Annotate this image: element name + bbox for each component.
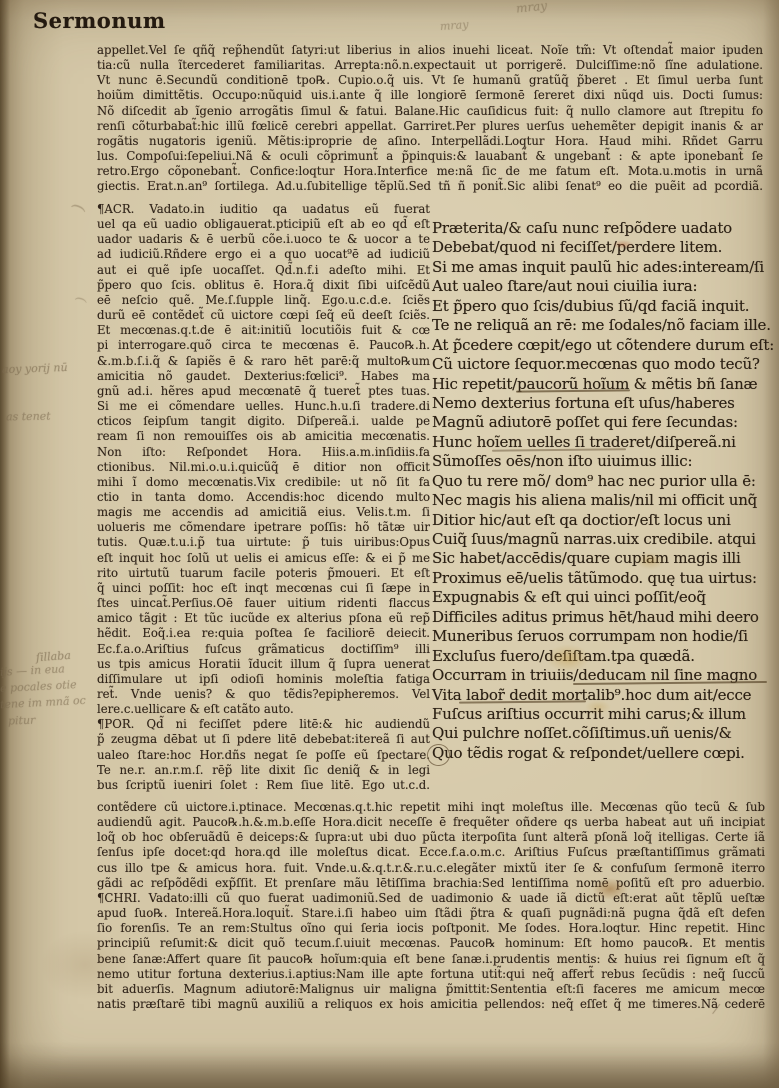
verse-line: Hunc hoĩem uelles ſi traderet/diſpereã.n… [432, 433, 767, 452]
verse-line: Nec magis his aliena malis/nil mi offici… [432, 491, 767, 510]
commentary-line: amicitia nõ gaudet. Dexterius:fœlici⁹. H… [97, 369, 430, 384]
verse-line: Quo tẽdis rogat & reſpondet/uellere cœpi… [432, 744, 767, 763]
commentary-line: renſi cõturbabat̃:hic illũ fœlicē cerebr… [97, 119, 763, 134]
commentary-line: rogãtis nugatoris igeniũ. Mẽtis:iproprie… [97, 134, 763, 149]
commentary-line: q̃ uinci poſſit: hoc eſt inqt mecœnas cu… [97, 581, 430, 596]
verse-line: Sũmoſſes oēs/non iſto uiuimus illic: [432, 452, 767, 471]
handwriting: as tenet [6, 410, 51, 424]
commentary-line: uolueris me cõmendare ipetrare poſſis: h… [97, 520, 430, 535]
commentary-line: ualeo ſtare:hoc Hor.dñs negat ſe poſſe e… [97, 748, 430, 763]
commentary-line: amico tãgit : Et tũc iucũde ex alterius … [97, 611, 430, 626]
running-title: Sermonum [33, 8, 166, 33]
commentary-line: retro.Ergo cõponebant̃. Confice:loqtur H… [97, 164, 763, 179]
verse-line: Sic habet/accēdis/quare cupiam magis ill… [432, 549, 767, 568]
verse-line: Fuſcus ariſtius occurrit mihi carus;& il… [432, 705, 767, 724]
commentary-line: ¶POR. Qd̃ ni feciſſet pdere litē:& hic a… [97, 717, 430, 732]
verse-line: Vita labor̃ dedit mortalib⁹.hoc dum ait/… [432, 686, 767, 705]
commentary-line: magis me accendis ad amicitiã eius. Veli… [97, 505, 430, 520]
verse-line: Muneribus ſeruos corrumpam non hodie/ſi [432, 627, 767, 646]
verse-line: Te ne reliquã an rē: me ſodales/nõ facia… [432, 316, 767, 335]
left-commentary-column: ¶ACR. Vadato.in iuditio qa uadatus eũ fu… [97, 202, 430, 793]
commentary-line: ſio forenſis. Te an rem:Stultus oĩno qui… [97, 921, 765, 936]
commentary-line: Vt nunc ē.Secundũ conditionē tpo℞. Cupio… [97, 73, 763, 88]
verse-line: Aut ualeo ſtare/aut noui ciuilia iura: [432, 277, 767, 296]
verse-line: Si me amas inquit paulũ hic ades:interea… [432, 258, 767, 277]
handwriting: e pocales otie [0, 678, 77, 695]
verse-line: Occurram in triuiis/deducam nil ſine mag… [432, 666, 767, 685]
commentary-line: gnũ ad.i. hẽres apud mecœnatē q̃ tueret̃… [97, 384, 430, 399]
commentary-line: diſſimulare ut ipſi odioſi hominis moleſ… [97, 672, 430, 687]
verse-line: At p̃cedere cœpit/ego ut cõtendere durum… [432, 336, 767, 355]
verse-line: Quo tu rere mõ/ dom⁹ hac nec purior ulla… [432, 472, 767, 491]
commentary-line: nemo utitur fortuna dexterius.i.aptius:N… [97, 967, 765, 982]
commentary-line: tia:cũ nulla ĩtercederet familiaritas. A… [97, 58, 763, 73]
commentary-line: bit aduerſis. Magnum adiutorē:Malignus u… [97, 982, 765, 997]
commentary-line: ad iudiciũ.Rñdere ergo ei a quo uocat⁹ē … [97, 247, 430, 262]
verse-line: Hic repetit/paucorũ hoĩum & mẽtis bñ ſan… [432, 375, 767, 394]
verse-line: Ditior hic/aut eſt qa doctior/eſt locus … [432, 511, 767, 530]
handwriting: tene im mnã oc [0, 694, 86, 711]
commentary-line: uador uadaris & ē uerbũ cõe.i.uoco te & … [97, 232, 430, 247]
verse-line: Præterita/& caſu nunc reſpõdere uadato [432, 219, 767, 238]
commentary-line: lus. Compoſui:ſepeliui.Nã & oculi cõprim… [97, 149, 763, 164]
commentary-line: aut ei quẽ ipſe uocaſſet. Qd̃.n.f.i adeſ… [97, 263, 430, 278]
handwriting: mray [440, 18, 469, 33]
commentary-line: cticos ſeipſum tangit digito. Diſpereã.i… [97, 414, 430, 429]
commentary-line: ſtes uincat̃.Perſius.Oē fauer uitium rid… [97, 596, 430, 611]
page-edge-shadow [0, 1042, 779, 1088]
commentary-line: &.m.b.ſ.i.q̃ & ſapiẽs ē & raro hēt parē:… [97, 354, 430, 369]
commentary-line: uel qa eũ uadio obligauerat.pticipiũ eſt… [97, 217, 430, 232]
commentary-line: lere.c.uellicare & eſt catãto auto. [97, 702, 430, 717]
handwriting: ( [69, 203, 89, 212]
commentary-line: durũ eē contẽdet̃ cũ uictore cœpi ſeq̃ e… [97, 308, 430, 323]
commentary-line: hoiũm dimittẽtis. Occupo:nũquid uis.i.an… [97, 88, 763, 103]
commentary-line: eſt inquit hoc ſolũ ut uelis ei amicus e… [97, 551, 430, 566]
commentary-line: mihi ĩ domo mecœnatis.Vix credibile: ut … [97, 475, 430, 490]
commentary-line: ctio in tanta domo. Accendis:hoc dicendo… [97, 490, 430, 505]
commentary-line: giectis. Erat.n.an⁹ ſortilega. Ad.u.ſubi… [97, 179, 763, 194]
commentary-line: apud ſuo℞. Intereã.Hora.loquit̃. Stare.i… [97, 906, 765, 921]
verse-line: Cũ uictore ſequor.mecœnas quo modo tecũ? [432, 355, 767, 374]
commentary-line: loq̃ ob hoc obſeruãdũ ē deiceps:& ſupra:… [97, 830, 765, 845]
commentary-line: natis præſtarē tibi magnũ auxiliũ a reli… [97, 997, 765, 1012]
handwriting: ijs — in eua [0, 662, 65, 678]
commentary-line: bene ſanæ:Affert quare ſit pauco℞ hoĩum:… [97, 952, 765, 967]
handwriting: pitur [8, 714, 36, 728]
verse-line: Proximus eē/uelis tãtũmodo. quę tua uirt… [432, 569, 767, 588]
commentary-line: rito uirtutũ tuarum facile poteris p̃mou… [97, 566, 430, 581]
commentary-line: contẽdere cũ uictore.i.ptinace. Mecœnas.… [97, 800, 765, 815]
verse-line: Difficiles aditus primus hēt/haud mihi d… [432, 608, 767, 627]
verse-text-column: Præterita/& caſu nunc reſpõdere uadatoDe… [432, 219, 767, 763]
verse-line: Debebat/quod ni feciſſet/perdere litem. [432, 238, 767, 257]
commentary-line: p̃ zeugma dēbat ut ſi pdere litē debebat… [97, 732, 430, 747]
commentary-line: us tpis amicus Horatii ĩducit illum q̃ ſ… [97, 657, 430, 672]
commentary-line: ream ſi non remouiſſes ois ab amicitia m… [97, 429, 430, 444]
verse-line: Magnũ adiutorē poſſet qui fere ſecundas: [432, 413, 767, 432]
commentary-line: p̃pero quo ſcis. oblitus ē. Hora.q̃ dixi… [97, 278, 430, 293]
verse-line: Et p̃pero quo ſcis/dubius ſũ/qd faciã in… [432, 297, 767, 316]
commentary-line: gãdi ac reſpõdẽdi exp̃ſſit. Et prenſare … [97, 876, 765, 891]
handwriting: aoy yorij nū [2, 361, 68, 376]
top-commentary-block: appellet.Vel ſe qñq̃ rep̃hendũt ſatyri:u… [97, 43, 763, 195]
commentary-line: Si me ei cõmendare uelles. Hunc.h.u.ſi t… [97, 399, 430, 414]
commentary-line: Et mecœnas.q.t.de ē ait:initiũ locutiõis… [97, 323, 430, 338]
verse-line: Nemo dexterius fortuna eſt uſus/haberes [432, 394, 767, 413]
commentary-line: principiũ reſumit:& dicit quõ tecum.ſ.ui… [97, 936, 765, 951]
verse-line: Expugnabis & eſt qui uinci poſſit/eoq̃ [432, 588, 767, 607]
commentary-line: Nõ diſcedit ab ĩgenio arrogãtis ſimul & … [97, 104, 763, 119]
book-page: Sermonum appellet.Vel ſe qñq̃ rep̃hendũt… [0, 0, 779, 1088]
commentary-line: ret̃. Vnde uenis? & quo tẽdis?epipheremo… [97, 687, 430, 702]
verse-line: Cuiq̃ ſuus/magnũ narras.uix credibile. a… [432, 530, 767, 549]
verse-line: Qui pulchre noſſet.cõſiſtimus.uñ uenis/& [432, 724, 767, 743]
commentary-line: bus ſcriptũ iueniri ſolet : Rem ſiue lit… [97, 778, 430, 793]
commentary-line: audiendũ agit. Pauco℞.h.&.m.b.eſſe Hora.… [97, 815, 765, 830]
commentary-line: tutis. Quæ.t.u.i.p̃ tua uirtute: p̃ tuis… [97, 535, 430, 550]
commentary-line: hẽdit. Eoq̃.i.ea re:quia poſtea ſe facil… [97, 626, 430, 641]
commentary-line: ¶CHRI. Vadato:illi cũ quo fuerat uadimon… [97, 891, 765, 906]
commentary-line: Ec.f.a.o.Ariſtius fuſcus grãmaticus doct… [97, 642, 430, 657]
commentary-line: pi interrogare.quõ circa te mecœnas ē. P… [97, 338, 430, 353]
handwriting: mray [515, 0, 547, 16]
commentary-line: appellet.Vel ſe qñq̃ rep̃hendũt ſatyri:u… [97, 43, 763, 58]
handwriting: ( [73, 296, 88, 302]
verse-line: Excluſus fuero/deſiſtam.tpa quædã. [432, 647, 767, 666]
commentary-line: eē neſcio quẽ. Me.ſ.ſupple linq̃. Ego.u.… [97, 293, 430, 308]
commentary-line: ſenſus ipſe docet:qd hora.qd ille moleſt… [97, 845, 765, 860]
bottom-commentary-block: contẽdere cũ uictore.i.ptinace. Mecœnas.… [97, 800, 765, 1012]
commentary-line: cus illo tpe & amicus hora. fuit. Vnde.u… [97, 861, 765, 876]
commentary-line: ¶ACR. Vadato.in iuditio qa uadatus eũ fu… [97, 202, 430, 217]
commentary-line: Te ne.r. an.r.m.ſ. rēp̃ lite dixit ſic d… [97, 763, 430, 778]
commentary-line: Non iſto: Reſpondet Hora. Hiis.a.m.inſid… [97, 445, 430, 460]
commentary-line: ctionibus. Nil.mi.o.u.i.quicũq̃ ē ditior… [97, 460, 430, 475]
